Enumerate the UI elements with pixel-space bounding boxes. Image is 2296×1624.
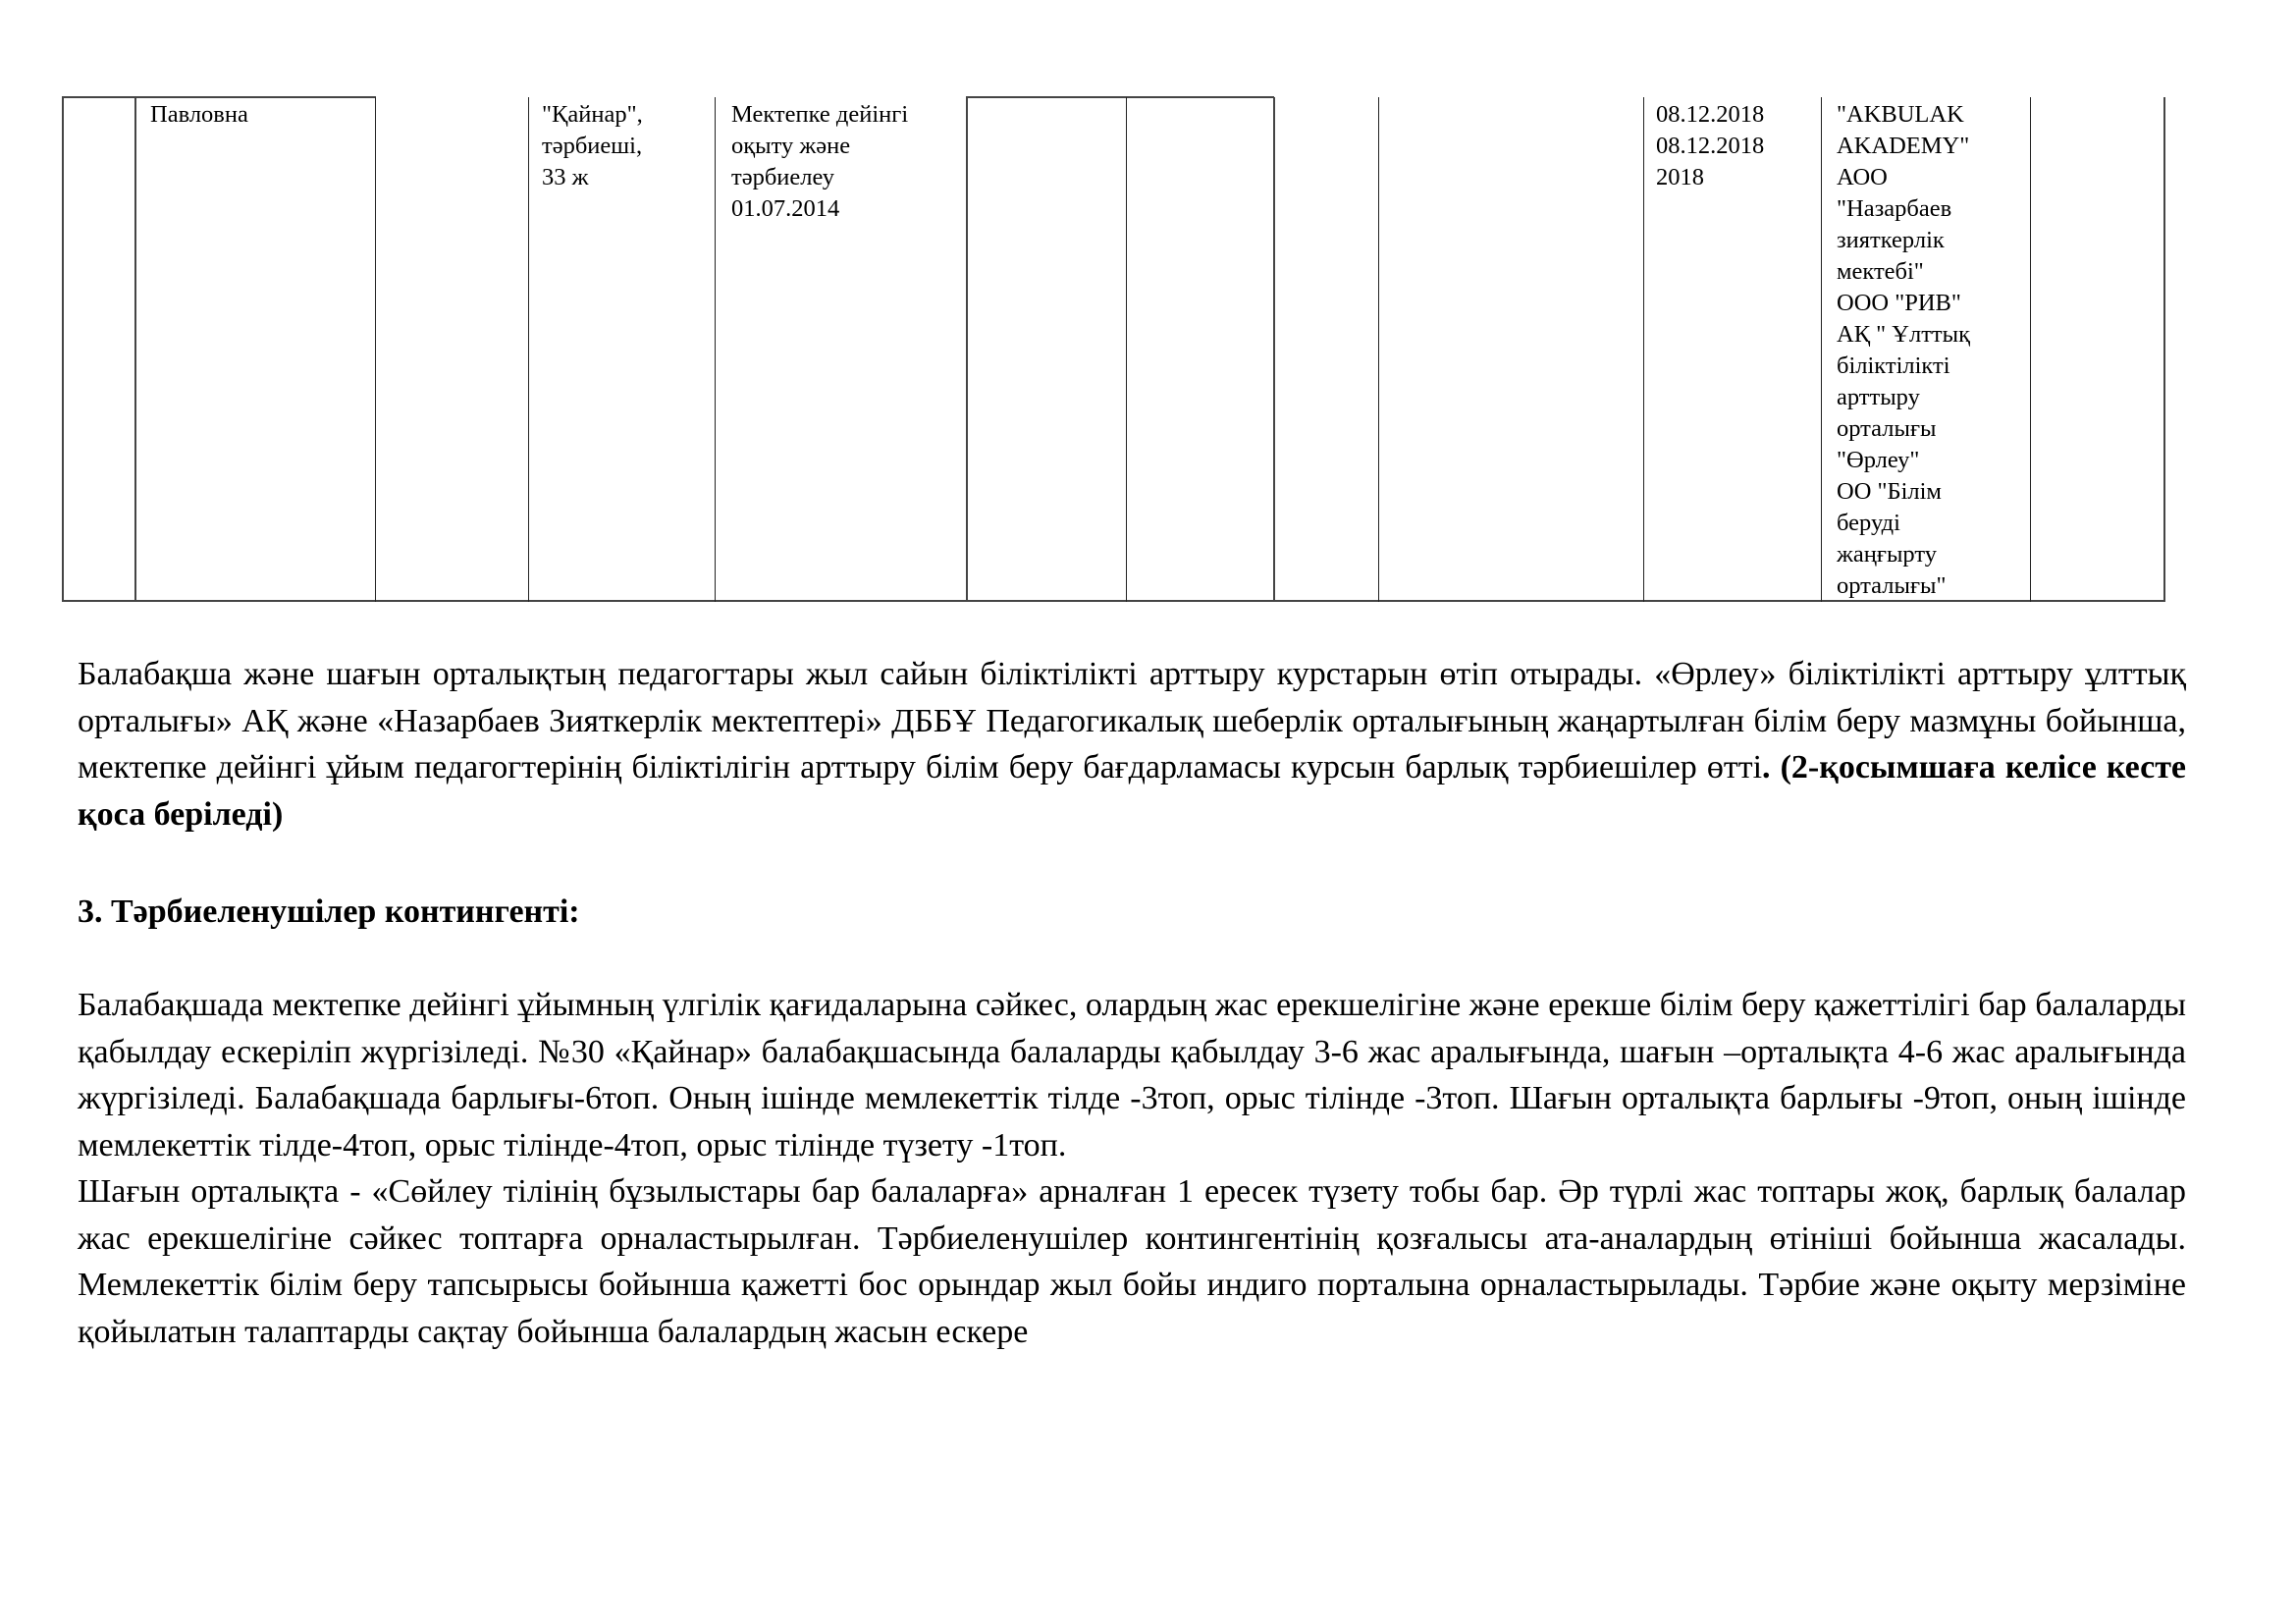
table-border [1643, 97, 1644, 602]
table-border [62, 97, 64, 602]
table-border [715, 97, 716, 602]
paragraph-contingent: Балабақшада мектепке дейінгі ұйымның үлг… [78, 982, 2186, 1355]
table-top-border-mid [966, 96, 1274, 98]
table-border [1126, 97, 1127, 602]
paragraph-qualification-courses: Балабақша және шағын орталықтың педагогт… [78, 651, 2186, 838]
paragraph-correction-group: Шағын орталықта - «Сөйлеу тілінің бұзылы… [78, 1168, 2186, 1355]
table-border [966, 97, 968, 602]
cell-course-organizations: "AKBULAK AKADEMY" АОО "Назарбаев зияткер… [1837, 99, 2028, 602]
cell-name: Павловна [150, 99, 371, 131]
section-heading-contingent: 3. Тәрбиеленушілер контингенті: [78, 889, 580, 936]
table-border [2030, 97, 2031, 602]
table-border [375, 97, 376, 602]
table-top-border-left [62, 96, 376, 98]
table-border [1378, 97, 1379, 602]
table-border [1821, 97, 1822, 602]
table-border [134, 97, 136, 602]
table-border [528, 97, 529, 602]
cell-education: Мектепке дейінгі оқыту және тәрбиелеу 01… [731, 99, 962, 225]
cell-course-dates: 08.12.2018 08.12.2018 2018 [1656, 99, 1818, 193]
paragraph-admission: Балабақшада мектепке дейінгі ұйымның үлг… [78, 982, 2186, 1168]
staff-qualification-table: Павловна "Қайнар", тәрбиеші, 33 ж Мектеп… [0, 0, 2296, 628]
cell-workplace: "Қайнар", тәрбиеші, 33 ж [542, 99, 709, 193]
table-border [1273, 97, 1275, 602]
table-border [2163, 97, 2165, 602]
